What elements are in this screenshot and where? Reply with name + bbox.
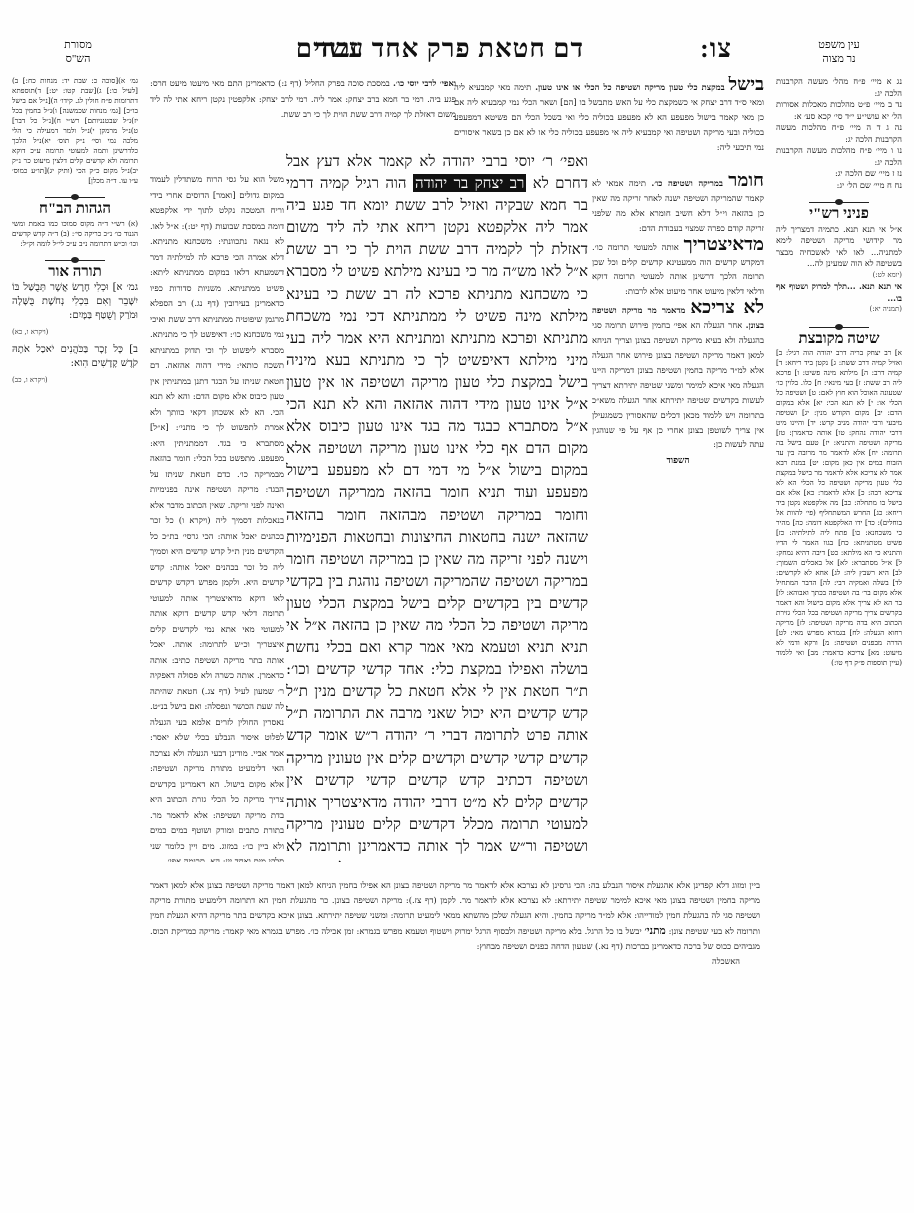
tosafot-dibbur-hamatchil: במקצת כלי טעון מריקה ושטיפה כל הכלי או א… (535, 82, 725, 92)
talmud-page: עין משפט נר מצוה צו: דם חטאת פרק אחד עשר… (0, 0, 914, 1213)
mesoret-hashas-header: מסורת הש"ס (48, 38, 108, 66)
torah-or-verse: ב] כָּל זָכָר בַּכֹּהֲנִים יֹאכַל אֹתָהּ… (12, 343, 138, 371)
masechet-title: זבחים (296, 34, 359, 64)
tosafot-text: אחר הגעלה הא אפי׳ בחמין פירוש תרומה סגי … (592, 320, 764, 449)
rashi-dibbur-hamatchil: ואפי׳ לרבי יוסי כו׳. (393, 78, 456, 88)
ein-mishpat-entry: נו ו מיי׳ פ״ח מהלכות מעשה הקרבנות הלכה י… (776, 145, 902, 168)
rashi-bottom-wide: ביין ומזוג דלא קפדינן אלא אהגעלת איסור ה… (150, 878, 760, 1018)
pnei-rashi-ref: (יומא לט:) (776, 270, 902, 282)
rashi-column: משל הוא על גסי הרוח משתדלין לעמוד במקום … (150, 172, 284, 862)
pnei-rashi-text: אי תנא תנא. ...תלך למרוק ושטוף אף בו... (776, 281, 902, 304)
section-divider-ornament (45, 257, 105, 263)
pnei-rashi-ref: (תמניה יא:) (776, 304, 902, 316)
ein-mishpat-entry: נג א מיי׳ פ״ח מהל׳ מעשה הקרבנות הלכה יג: (776, 76, 902, 99)
rashi-text: משל הוא על גסי הרוח משתדלין לעמוד במקום … (150, 174, 284, 862)
pnei-rashi-text: א״ל אי תנא תנא. כתמיה דמצריך ליה מר קידו… (776, 224, 902, 270)
tosafot-lead-word: מדאיצטריך (684, 234, 764, 255)
ein-mishpat-entry: נה ג ד ה מיי׳ פ״ח מהלכות מעשה הקרבנות הל… (776, 122, 902, 145)
gemara-highlight: רב יצחק בר יהודה (413, 174, 526, 192)
tosafot-lead-word: בישל (729, 76, 764, 95)
daf-number: צו: (700, 34, 732, 64)
section-divider-ornament (809, 199, 869, 205)
gemara-text-segment: הוה רגיל קמיה דרמי בר חמא שבקיה ואזיל לר… (286, 174, 588, 862)
hagahot-habach-title: הגהות הב"ח (12, 204, 138, 216)
tosafot-column: חומר במריקה ושטיפה כו׳. תימה אמאי לא קאמ… (592, 172, 764, 862)
ner-mitzvah-label: נר מצוה (804, 52, 874, 66)
section-divider-ornament (45, 194, 105, 200)
hashas-label: הש"ס (48, 52, 108, 66)
ein-mishpat-entry: נח ח מיי׳ שם הל׳ יג: (776, 180, 902, 192)
ein-mishpat-entry: נז ז מיי׳ שם הלכה יג: (776, 168, 902, 180)
tosafot-lead-word: לא צריכא (690, 297, 764, 318)
shita-mekubetzet-text: א] רב יצחק בריה דרב יהודה הוה רגיל: ב] ו… (776, 348, 902, 668)
section-divider-ornament (809, 324, 869, 330)
shita-mekubetzet-title: שיטה מקובצת (776, 334, 902, 346)
torah-or-ref: (ויקרא ו, כב) (12, 375, 138, 387)
ein-mishpat-header: עין משפט נר מצוה (804, 38, 874, 66)
gemara-text: ואפי׳ ר׳ יוסי ברבי יהודה לא קאמר אלא דעץ… (286, 150, 588, 862)
tosafot-hashpud: השפוד (592, 454, 764, 469)
tosafot-text: דמקדש קדשים הוה ממעטינא קדשים קלים וכל ש… (592, 257, 764, 297)
rashi-mishna-marker: מתני׳ (645, 925, 666, 937)
mesoret-label: מסורת (48, 38, 108, 52)
rashi-end-word: האשכלה (150, 954, 760, 969)
mesoret-column: גמ׳ א)[סוכה כ: שבת יד: מנחות כח:] ב)[לעי… (12, 76, 138, 390)
tosafot-dibbur-hamatchil: אותה למעוטי תרומה כו׳. (592, 242, 679, 252)
pnei-rashi-title: פניני רש"י (776, 209, 902, 221)
torah-or-ref: (ויקרא ו, כא) (12, 327, 138, 339)
tosafot-dibbur-hamatchil: במריקה ושטיפה כו׳. (651, 178, 723, 188)
mesoret-hashas-text: גמ׳ א)[סוכה כ: שבת יד: מנחות כח:] ב)[לעי… (12, 76, 138, 186)
tosafot-lead-word: חומר (728, 172, 764, 191)
tosafot-text: תימה מאי קמבעיא ליה ומאי ס״ד דרב יצחק אי… (454, 82, 764, 152)
torah-or-verse: גמ׳ א] וּכְלִי חֶרֶשׂ אֲשֶׁר תְּבֻשַּׁל … (12, 281, 138, 323)
hagahot-habach-text: (א) רש״י ד״ה מקוס סמוכו כמו באמת ומשי הג… (12, 219, 138, 249)
ein-mishpat-entry: נד ב מיי׳ פ״ט מהלכות מאכלות אסורות הל׳ י… (776, 99, 902, 122)
ein-mishpat-label: עין משפט (804, 38, 874, 52)
torah-or-title: תורה אור (12, 267, 138, 279)
ein-mishpat-column: נג א מיי׳ פ״ח מהל׳ מעשה הקרבנות הלכה יג:… (776, 76, 902, 668)
